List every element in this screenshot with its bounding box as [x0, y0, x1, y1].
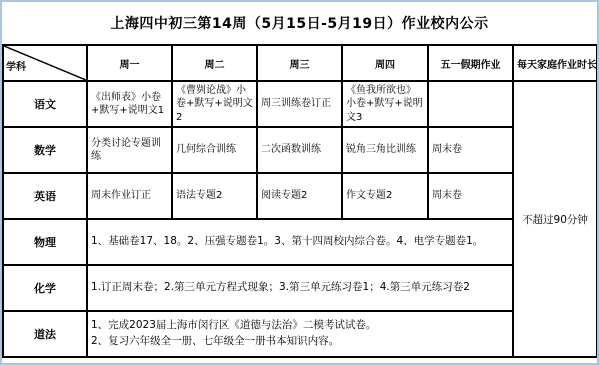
- math-thursday-cell: 锐角三角比训练: [342, 127, 428, 173]
- subject-chinese: 语文: [3, 81, 87, 127]
- row-english: 英语 周末作业订正 语法专题2 阅读专题2 作文专题2 周末卷: [3, 173, 597, 219]
- duration-cell: 不超过90分钟: [513, 81, 597, 357]
- english-thursday-cell: 作文专题2: [342, 173, 428, 219]
- row-math: 数学 分类讨论专题训练 几何综合训练 二次函数训练 锐角三角比训练 周末卷: [3, 127, 597, 173]
- subject-moral-law: 道法: [3, 311, 87, 357]
- subject-english: 英语: [3, 173, 87, 219]
- chemistry-merged-cell: 1.订正周末卷；2.第三单元方程式现象；3.第三单元练习卷1；4.第三单元练习卷…: [87, 265, 513, 311]
- row-moral-law: 道法 1、完成2023届上海市闵行区《道德与法治》二模考试试卷。 2、复习六年级…: [3, 311, 597, 357]
- english-holiday-cell: 周末卷: [428, 173, 513, 219]
- header-monday: 周一: [87, 45, 172, 81]
- moral-law-line-2: 2、复习六年级全一册、七年级全一册书本知识内容。: [91, 334, 509, 350]
- row-physics: 物理 1、基础卷17、18。2、压强专题卷1。3、第十四周校内综合卷。4、电学专…: [3, 219, 597, 265]
- english-tuesday-cell: 语法专题2: [172, 173, 257, 219]
- homework-table: 学科 周一 周二 周三 周四 五一假期作业 每天家庭作业时长 语文 《出师表》小…: [2, 44, 598, 358]
- header-duration: 每天家庭作业时长: [513, 45, 597, 81]
- chinese-holiday-cell: [428, 81, 513, 127]
- header-row: 学科 周一 周二 周三 周四 五一假期作业 每天家庭作业时长: [3, 45, 597, 81]
- english-wednesday-cell: 阅读专题2: [257, 173, 342, 219]
- chinese-thursday-cell: 《鱼我所欲也》小卷+默写+说明文3: [342, 81, 428, 127]
- row-chinese: 语文 《出师表》小卷+默写+说明文1 《曹刿论战》小卷+默写+说明文2 周三训练…: [3, 81, 597, 127]
- physics-merged-cell: 1、基础卷17、18。2、压强专题卷1。3、第十四周校内综合卷。4、电学专题卷1…: [87, 219, 513, 265]
- math-tuesday-cell: 几何综合训练: [172, 127, 257, 173]
- subject-physics: 物理: [3, 219, 87, 265]
- chinese-wednesday-cell: 周三训练卷订正: [257, 81, 342, 127]
- header-tuesday: 周二: [172, 45, 257, 81]
- corner-label: 学科: [6, 58, 26, 73]
- page-title: 上海四中初三第14周（5月15日-5月19日）作业校内公示: [2, 2, 597, 44]
- header-holiday: 五一假期作业: [428, 45, 513, 81]
- row-chemistry: 化学 1.订正周末卷；2.第三单元方程式现象；3.第三单元练习卷1；4.第三单元…: [3, 265, 597, 311]
- math-monday-cell: 分类讨论专题训练: [87, 127, 172, 173]
- header-wednesday: 周三: [257, 45, 342, 81]
- moral-law-line-1: 1、完成2023届上海市闵行区《道德与法治》二模考试试卷。: [91, 318, 509, 334]
- page: 上海四中初三第14周（5月15日-5月19日）作业校内公示 学科 周一 周二 周…: [0, 0, 599, 365]
- header-thursday: 周四: [342, 45, 428, 81]
- math-wednesday-cell: 二次函数训练: [257, 127, 342, 173]
- english-monday-cell: 周末作业订正: [87, 173, 172, 219]
- chinese-monday-cell: 《出师表》小卷+默写+说明文1: [87, 81, 172, 127]
- corner-cell: 学科: [3, 45, 87, 81]
- subject-math: 数学: [3, 127, 87, 173]
- chinese-tuesday-cell: 《曹刿论战》小卷+默写+说明文2: [172, 81, 257, 127]
- math-holiday-cell: 周末卷: [428, 127, 513, 173]
- moral-law-merged-cell: 1、完成2023届上海市闵行区《道德与法治》二模考试试卷。 2、复习六年级全一册…: [87, 311, 513, 357]
- subject-chemistry: 化学: [3, 265, 87, 311]
